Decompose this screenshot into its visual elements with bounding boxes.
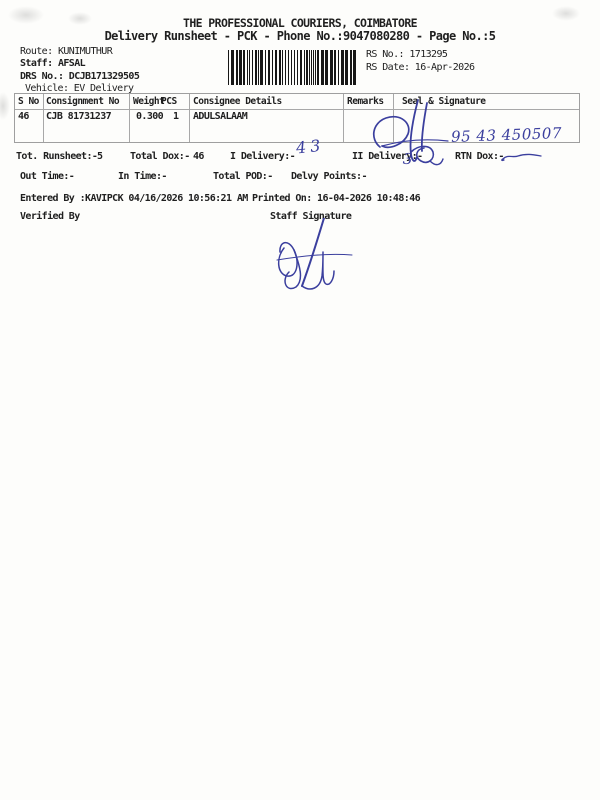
table-grid-line bbox=[343, 94, 344, 142]
cell-pcs: 1 bbox=[173, 111, 178, 123]
entered-by-line: Entered By :KAVIPCK 04/16/2026 10:56:21 … bbox=[20, 193, 248, 205]
column-header-consignee: Consignee Details bbox=[193, 96, 282, 108]
printed-on-line: Printed On: 16-04-2026 10:48:46 bbox=[252, 193, 420, 205]
handwritten-phone-number: 95 43 450507 bbox=[451, 124, 563, 146]
rs-date: RS Date: 16-Apr-2026 bbox=[366, 62, 474, 74]
delivery-signature-scribble bbox=[366, 97, 456, 175]
total-dox-label: Total Dox:- bbox=[130, 151, 190, 163]
runsheet-document: THE PROFESSIONAL COURIERS, COIMBATORE De… bbox=[0, 0, 600, 800]
total-dox-value: 46 bbox=[193, 151, 204, 163]
table-grid-line bbox=[43, 94, 44, 142]
handwritten-rtn-dash bbox=[500, 151, 544, 163]
drs-no-line: DRS No.: DCJB171329505 bbox=[20, 71, 139, 83]
out-time-label: Out Time:- bbox=[20, 171, 74, 183]
route-line: Route: KUNIMUTHUR bbox=[20, 46, 112, 58]
table-grid-line bbox=[129, 94, 130, 142]
table-grid-line bbox=[15, 109, 579, 110]
rs-no: RS No.: 1713295 bbox=[366, 49, 447, 61]
scan-smudge bbox=[0, 92, 10, 120]
in-time-label: In Time:- bbox=[118, 171, 167, 183]
tot-runsheet-value: 5 bbox=[97, 151, 102, 163]
table-grid-line bbox=[189, 94, 190, 142]
column-header-consignment: Consignment No bbox=[46, 96, 119, 108]
staff-line: Staff: AFSAL bbox=[20, 58, 85, 70]
barcode bbox=[228, 50, 362, 85]
column-header-sno: S No bbox=[18, 96, 39, 108]
runsheet-title: Delivery Runsheet - PCK - Phone No.:9047… bbox=[0, 30, 600, 42]
i-delivery-label: I Delivery:- bbox=[230, 151, 295, 163]
column-header-weight: Weight bbox=[133, 96, 164, 108]
cell-consignee: ADULSALAAM bbox=[193, 111, 247, 123]
staff-signature-scribble bbox=[272, 218, 357, 303]
rtn-dox-label: RTN Dox:- bbox=[455, 151, 504, 163]
cell-sno: 46 bbox=[18, 111, 29, 123]
delvy-points-label: Delvy Points:- bbox=[291, 171, 367, 183]
cell-consignment: CJB 81731237 bbox=[46, 111, 111, 123]
cell-weight: 0.300 bbox=[136, 111, 163, 123]
verified-by-label: Verified By bbox=[20, 211, 80, 223]
handwritten-i-delivery-count: 43 bbox=[295, 136, 325, 158]
total-pod-label: Total POD:- bbox=[213, 171, 273, 183]
tot-runsheet-label: Tot. Runsheet:- bbox=[16, 151, 97, 163]
column-header-pcs: PCS bbox=[161, 96, 177, 108]
company-name: THE PROFESSIONAL COURIERS, COIMBATORE bbox=[0, 17, 600, 29]
